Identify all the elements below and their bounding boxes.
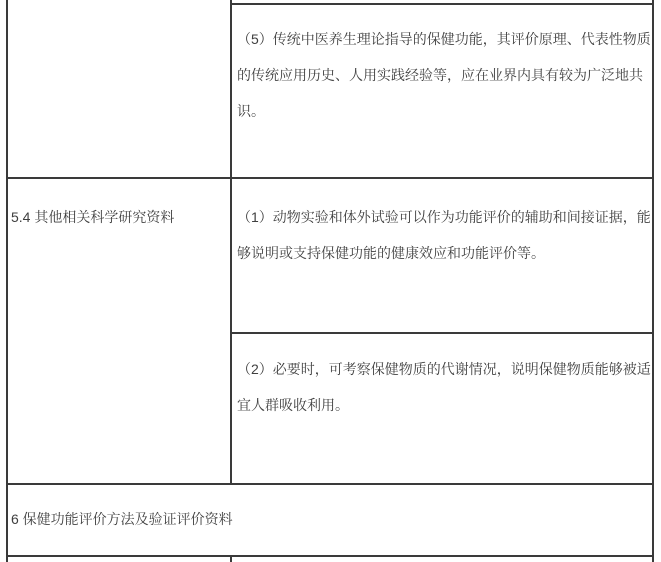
- text-line: （1）动物实验和体外试验可以作为功能评价的辅助和间接证据，能: [237, 199, 651, 235]
- text-line: 够说明或支持保健功能的健康效应和功能评价等。: [237, 235, 651, 271]
- cell-item-2-text: （2）必要时，可考察保健物质的代谢情况，说明保健物质能够被适 宜人群吸收利用。: [237, 351, 651, 423]
- right-cell-top-border: [230, 3, 654, 5]
- text-line: （5）传统中医养生理论指导的保健功能，其评价原理、代表性物质: [237, 21, 651, 57]
- text-line: 6 保健功能评价方法及验证评价资料: [11, 501, 233, 537]
- document-table-view: （5）传统中医养生理论指导的保健功能，其评价原理、代表性物质 的传统应用历史、人…: [0, 0, 661, 562]
- text-line: （2）必要时，可考察保健物质的代谢情况，说明保健物质能够被适: [237, 351, 651, 387]
- text-line: 识。: [237, 93, 651, 129]
- text-line: 宜人群吸收利用。: [237, 387, 651, 423]
- right-cell-divider: [230, 332, 654, 334]
- table-border-left: [6, 0, 8, 562]
- row-divider-1: [6, 177, 654, 179]
- row-divider-3: [6, 555, 654, 557]
- cell-item-1-text: （1）动物实验和体外试验可以作为功能评价的辅助和间接证据，能 够说明或支持保健功…: [237, 199, 651, 271]
- cell-section-6: 6 保健功能评价方法及验证评价资料: [11, 501, 233, 537]
- text-line: 5.4 其他相关科学研究资料: [11, 199, 174, 235]
- cell-item-5-5-text: （5）传统中医养生理论指导的保健功能，其评价原理、代表性物质 的传统应用历史、人…: [237, 21, 651, 129]
- column-divider: [230, 0, 232, 485]
- text-line: 的传统应用历史、人用实践经验等，应在业界内具有较为广泛地共: [237, 57, 651, 93]
- row-divider-2: [6, 483, 654, 485]
- table-border-right: [652, 0, 654, 562]
- cell-label-5-4: 5.4 其他相关科学研究资料: [11, 199, 174, 235]
